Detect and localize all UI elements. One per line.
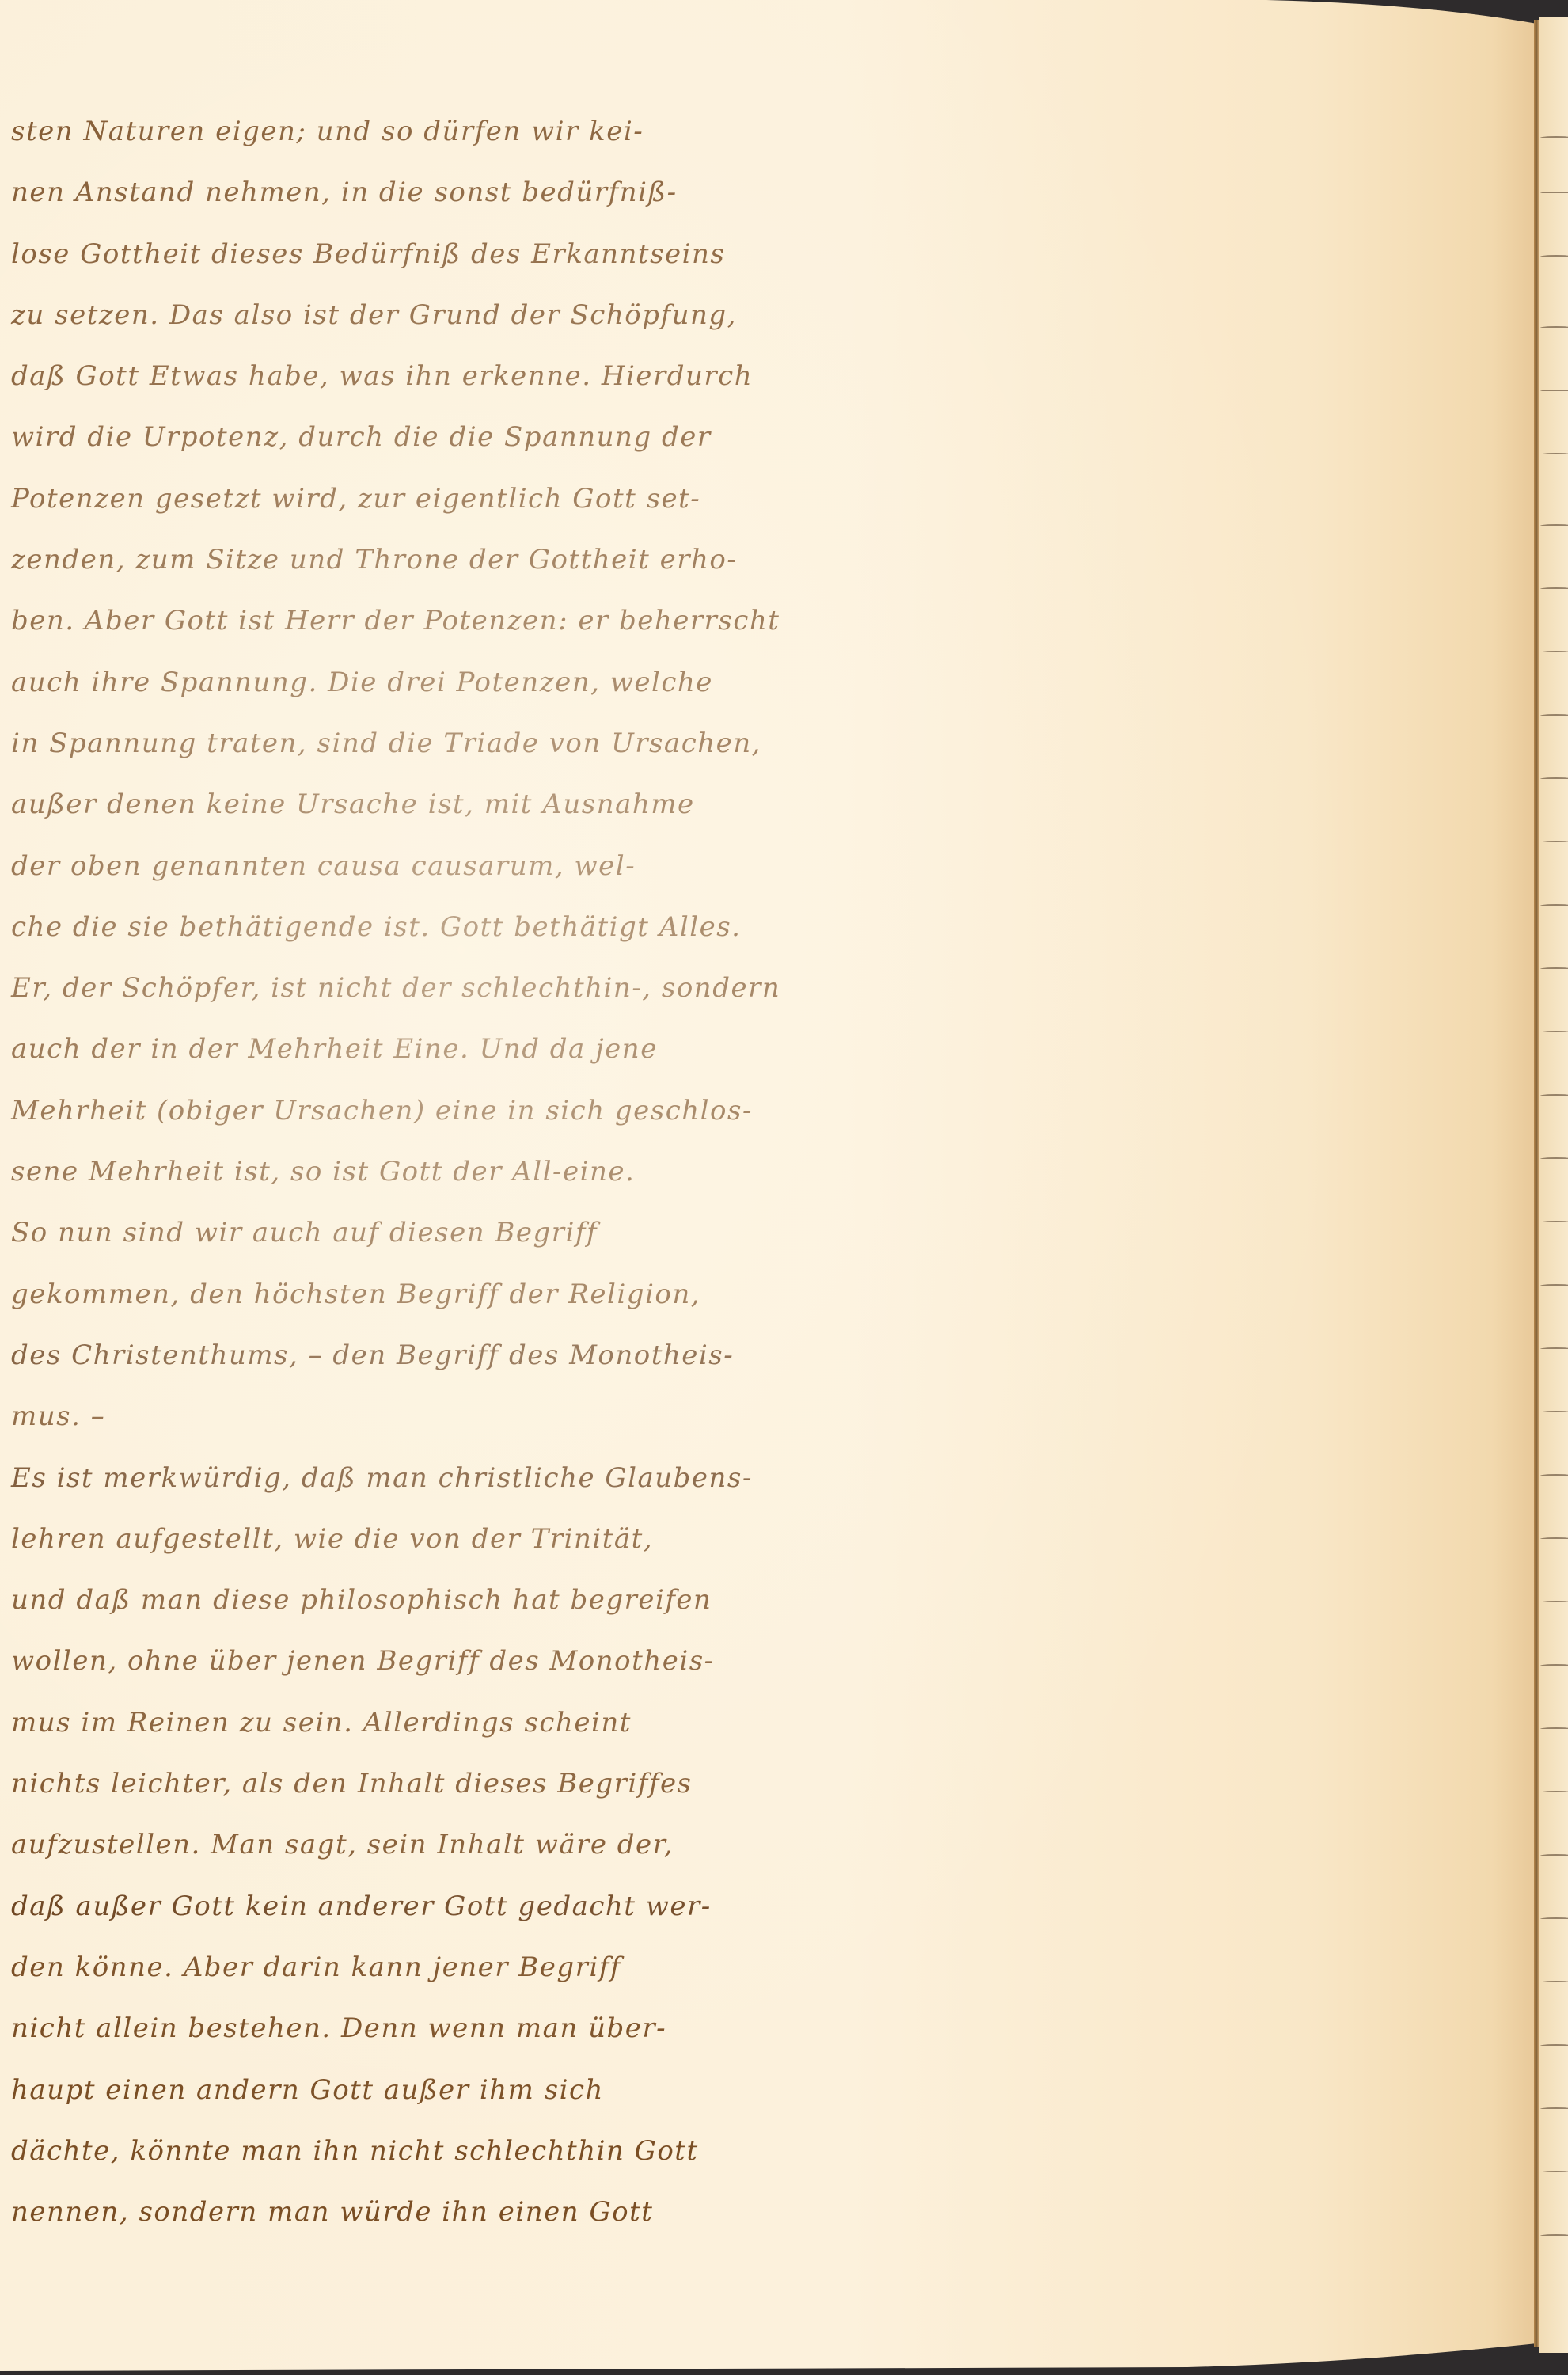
handwriting-fragment [1540, 326, 1568, 329]
text-line: zenden, zum Sitze und Throne der Gotthei… [11, 530, 866, 591]
handwriting-fragment [1540, 2234, 1568, 2237]
text-line: Mehrheit (obiger Ursachen) eine in sich … [11, 1081, 866, 1142]
text-line: auch der in der Mehrheit Eine. Und da je… [11, 1019, 866, 1080]
text-line: zu setzen. Das also ist der Grund der Sc… [11, 285, 866, 346]
handwriting-fragment [1540, 1157, 1568, 1161]
handwriting-fragment [1540, 1917, 1568, 1921]
text-line: außer denen keine Ursache ist, mit Ausna… [11, 774, 866, 835]
handwriting-fragment [1540, 136, 1568, 139]
text-line: gekommen, den höchsten Begriff der Relig… [11, 1264, 866, 1325]
text-line: sten Naturen eigen; und so dürfen wir ke… [11, 101, 866, 162]
text-line: des Christenthums, – den Begriff des Mon… [11, 1325, 866, 1386]
text-line: sene Mehrheit ist, so ist Gott der All-e… [11, 1142, 866, 1203]
text-line: und daß man diese philosophisch hat begr… [11, 1570, 866, 1631]
text-line: daß außer Gott kein anderer Gott gedacht… [11, 1876, 866, 1937]
text-line: nicht allein bestehen. Denn wenn man übe… [11, 1998, 866, 2059]
handwriting-fragment [1540, 1221, 1568, 1224]
handwriting-fragment [1540, 2107, 1568, 2111]
handwriting-fragment [1540, 777, 1568, 781]
handwriting-fragment [1540, 192, 1568, 195]
handwriting-fragment [1540, 389, 1568, 393]
handwriting-fragment [1540, 1031, 1568, 1034]
text-line: den könne. Aber darin kann jener Begriff [11, 1937, 866, 1998]
text-line: haupt einen andern Gott außer ihm sich [11, 2060, 866, 2121]
handwriting-fragment [1540, 587, 1568, 591]
text-line: auch ihre Spannung. Die drei Potenzen, w… [11, 652, 866, 713]
handwriting-fragment [1540, 255, 1568, 258]
text-line: lehren aufgestellt, wie die von der Trin… [11, 1509, 866, 1570]
handwriting-fragment [1540, 2044, 1568, 2047]
text-line: Er, der Schöpfer, ist nicht der schlecht… [11, 958, 866, 1019]
handwriting-fragment [1540, 1094, 1568, 1097]
handwriting-fragment [1540, 2171, 1568, 2174]
text-line: mus. – [11, 1386, 866, 1447]
text-line: dächte, könnte man ihn nicht schlechthin… [11, 2121, 866, 2182]
text-line: wird die Urpotenz, durch die die Spannun… [11, 407, 866, 468]
next-page-edge [1539, 17, 1568, 2353]
handwriting-fragment [1540, 967, 1568, 971]
text-line: daß Gott Etwas habe, was ihn erkenne. Hi… [11, 346, 866, 407]
text-line: ben. Aber Gott ist Herr der Potenzen: er… [11, 591, 866, 652]
handwriting-fragment [1540, 1854, 1568, 1857]
handwriting-fragment [1540, 1791, 1568, 1794]
text-line: aufzustellen. Man sagt, sein Inhalt wäre… [11, 1814, 866, 1875]
handwriting-fragment [1540, 904, 1568, 907]
handwriting-fragment [1540, 1474, 1568, 1477]
handwriting-fragment [1540, 841, 1568, 844]
manuscript-text: sten Naturen eigen; und so dürfen wir ke… [11, 101, 866, 2243]
text-line: mus im Reinen zu sein. Allerdings schein… [11, 1693, 866, 1754]
text-line: So nun sind wir auch auf diesen Begriff [11, 1203, 866, 1263]
handwriting-fragment [1540, 524, 1568, 527]
handwriting-fragment [1540, 651, 1568, 654]
text-line: wollen, ohne über jenen Begriff des Mono… [11, 1631, 866, 1692]
text-line: der oben genannten causa causarum, wel- [11, 836, 866, 897]
handwriting-fragment [1540, 453, 1568, 456]
handwriting-fragment [1540, 1411, 1568, 1414]
text-line: Es ist merkwürdig, daß man christliche G… [11, 1448, 866, 1509]
manuscript-page: sten Naturen eigen; und so dürfen wir ke… [0, 0, 1537, 2375]
text-line: Potenzen gesetzt wird, zur eigentlich Go… [11, 469, 866, 530]
text-line: nichts leichter, als den Inhalt dieses B… [11, 1754, 866, 1814]
text-line: nennen, sondern man würde ihn einen Gott [11, 2182, 866, 2243]
text-line: nen Anstand nehmen, in die sonst bedürfn… [11, 162, 866, 223]
handwriting-fragment [1540, 1664, 1568, 1667]
handwriting-fragment [1540, 1284, 1568, 1287]
handwriting-fragment [1540, 1601, 1568, 1604]
text-line: in Spannung traten, sind die Triade von … [11, 713, 866, 774]
handwriting-fragment [1540, 1537, 1568, 1541]
handwriting-fragment [1540, 1347, 1568, 1351]
handwriting-fragment [1540, 1981, 1568, 1984]
handwriting-fragment [1540, 714, 1568, 717]
text-line: che die sie bethätigende ist. Gott bethä… [11, 897, 866, 958]
text-line: lose Gottheit dieses Bedürfniß des Erkan… [11, 224, 866, 285]
handwriting-fragment [1540, 1727, 1568, 1731]
